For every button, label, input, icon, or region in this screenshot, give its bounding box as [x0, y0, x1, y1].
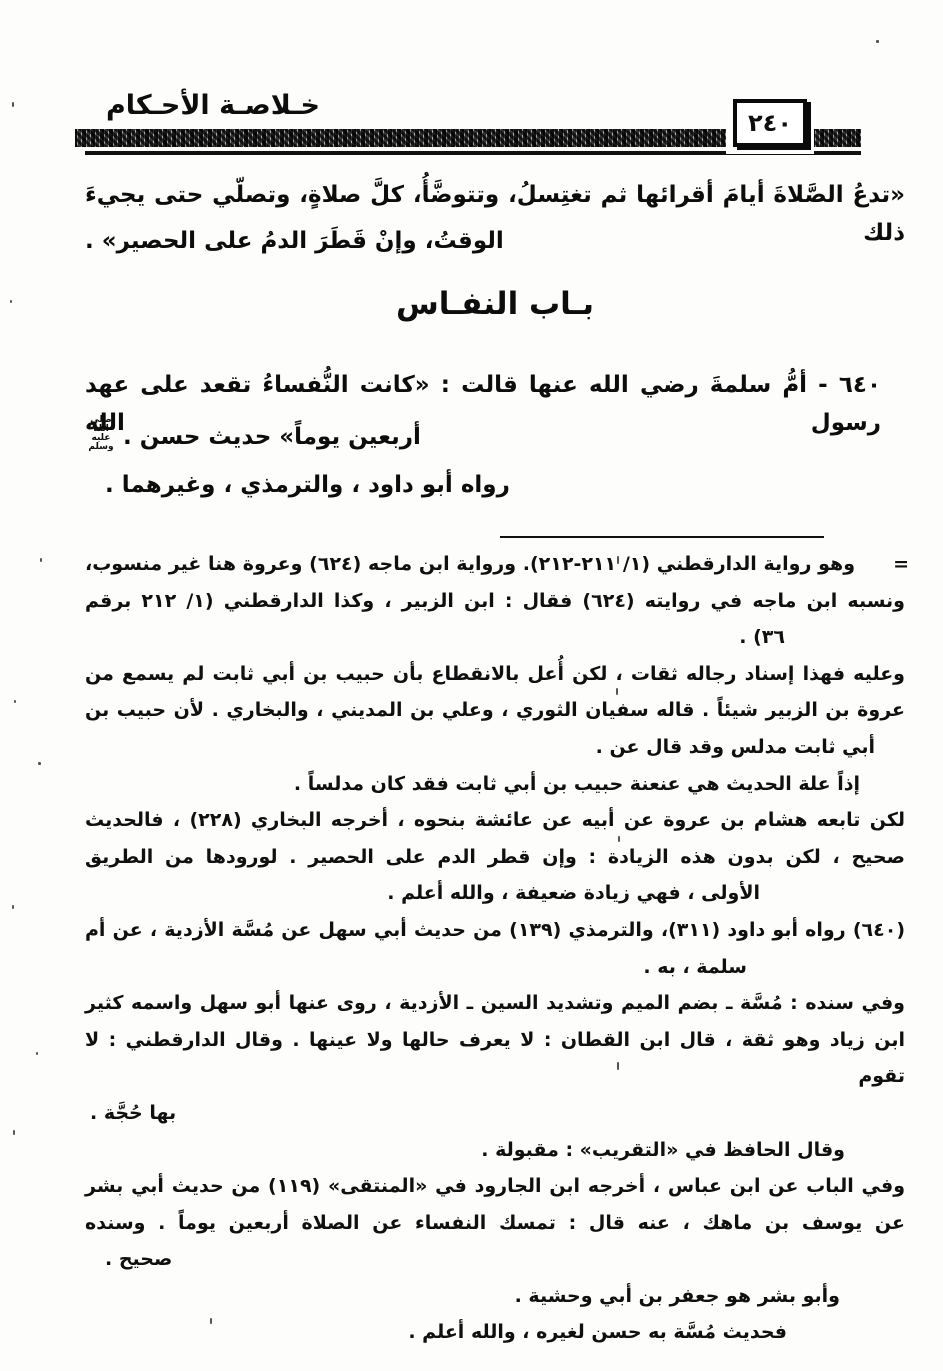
- footnote-line-text: ونسبه ابن ماجه في روايته (٦٢٤) فقال : اب…: [85, 590, 905, 612]
- scan-speckle: [617, 1062, 619, 1070]
- sallallahu-alayhi-wasallam-calligraphy: صلى الله عليه وسلم: [85, 416, 117, 452]
- footnote-line: بها حُجَّة .: [85, 1095, 905, 1132]
- footnote-line: عن يوسف بن ماهك ، عنه قال : تمسك النفساء…: [85, 1205, 905, 1242]
- footnote-line-text: وقال الحافظ في «التقريب» : مقبولة .: [481, 1139, 845, 1161]
- footnote-line: لكن تابعه هشام بن عروة عن أبيه عن عائشة …: [85, 802, 905, 839]
- footnote-line-text: فحديث مُسَّة به حسن لغيره ، والله أعلم .: [408, 1321, 787, 1343]
- footnote-line-text: الأولى ، فهي زيادة ضعيفة ، والله أعلم .: [387, 882, 760, 904]
- footnote-line-text: لكن تابعه هشام بن عروة عن أبيه عن عائشة …: [85, 809, 905, 831]
- footnote-line: (٦٤٠) رواه أبو داود (٣١١)، والترمذي (١٣٩…: [85, 912, 905, 949]
- scan-speckle: [13, 1130, 15, 1135]
- footnote-separator-rule: [500, 536, 824, 538]
- book-title: خـلاصـة الأحـكام: [106, 90, 320, 121]
- footnote-line-text: عن يوسف بن ماهك ، عنه قال : تمسك النفساء…: [85, 1212, 905, 1234]
- footnote-line: وهو رواية الدارقطني (١/ ٢١١-٢١٢). ورواية…: [85, 546, 905, 583]
- book-page-scan: { "header": { "book_title": "خـلاصـة الأ…: [0, 0, 943, 1371]
- footnote-line-text: صحيح .: [105, 1248, 172, 1270]
- chapter-heading: بـاب النفـاس: [85, 286, 905, 322]
- page-number: ٢٤٠: [748, 109, 792, 137]
- footnote-line-text: سلمة ، به .: [643, 956, 747, 978]
- scan-speckle: [36, 1052, 38, 1055]
- footnote-line-text: بها حُجَّة .: [90, 1102, 176, 1124]
- footnote-line-text: عروة بن الزبير شيئاً . قاله سفيان الثوري…: [85, 699, 905, 721]
- footnote-line-text: (٦٤٠) رواه أبو داود (٣١١)، والترمذي (١٣٩…: [85, 919, 905, 941]
- scan-speckle: [617, 556, 619, 564]
- footnote-continuation-mark: =: [893, 546, 909, 583]
- footnote-line-text: ابن زياد وهو ثقة ، قال ابن القطان : لا ي…: [85, 1029, 905, 1088]
- footnote-line: فحديث مُسَّة به حسن لغيره ، والله أعلم .: [85, 1314, 905, 1351]
- scan-speckle: [14, 700, 16, 703]
- footnotes-block: وهو رواية الدارقطني (١/ ٢١١-٢١٢). ورواية…: [85, 546, 905, 1351]
- page-number-box: ٢٤٠: [733, 99, 807, 147]
- footnote-line: وفي الباب عن ابن عباس ، أخرجه ابن الجارو…: [85, 1168, 905, 1205]
- quote-line-2: الوقتُ، وإنْ قَطَرَ الدمُ على الحصير» .: [85, 222, 905, 260]
- scan-speckle: [40, 558, 42, 562]
- footnote-line: وأبو بشر هو جعفر بن أبي وحشية .: [85, 1278, 905, 1315]
- header-rule: [85, 151, 861, 155]
- footnote-line-text: إذاً علة الحديث هي عنعنة حبيب بن أبي ثاب…: [294, 773, 860, 795]
- scan-speckle: [876, 40, 879, 43]
- footnote-line-text: وهو رواية الدارقطني (١/ ٢١١-٢١٢). ورواية…: [85, 553, 855, 575]
- footnote-line: ونسبه ابن ماجه في روايته (٦٢٤) فقال : اب…: [85, 583, 905, 620]
- scan-speckle: [210, 1318, 212, 1324]
- footnote-line: الأولى ، فهي زيادة ضعيفة ، والله أعلم .: [85, 875, 905, 912]
- footnote-line-text: وفي سنده : مُسَّة ـ بضم الميم وتشديد الس…: [85, 992, 905, 1014]
- hadith-line-2-text: أربعين يوماً» حديث حسن .: [123, 424, 421, 450]
- scan-speckle: [10, 300, 12, 303]
- footnote-line-text: أبي ثابت مدلس وقد قال عن .: [596, 736, 875, 758]
- footnote-line: صحيح ، لكن بدون هذه الزيادة : وإن قطر ال…: [85, 839, 905, 876]
- footnote-line-text: وفي الباب عن ابن عباس ، أخرجه ابن الجارو…: [85, 1175, 905, 1197]
- hadith-line-2: صلى الله عليه وسلم أربعين يوماً» حديث حس…: [85, 418, 905, 456]
- footnote-line: عروة بن الزبير شيئاً . قاله سفيان الثوري…: [85, 692, 905, 729]
- scan-speckle: [38, 762, 41, 765]
- footnote-line: صحيح .: [85, 1241, 905, 1278]
- footnote-line: سلمة ، به .: [85, 949, 905, 986]
- footnote-line-text: وأبو بشر هو جعفر بن أبي وحشية .: [515, 1285, 840, 1307]
- scan-speckle: [616, 688, 618, 695]
- scan-speckle: [12, 905, 14, 909]
- hadith-attribution: رواه أبو داود ، والترمذي ، وغيرهما .: [85, 466, 925, 504]
- footnote-line: إذاً علة الحديث هي عنعنة حبيب بن أبي ثاب…: [85, 766, 905, 803]
- footnote-line: أبي ثابت مدلس وقد قال عن .: [85, 729, 905, 766]
- footnote-line: وفي سنده : مُسَّة ـ بضم الميم وتشديد الس…: [85, 985, 905, 1022]
- footnote-line: ٣٦) .: [85, 619, 905, 656]
- footnote-line-text: ٣٦) .: [739, 626, 785, 648]
- footnote-line: ابن زياد وهو ثقة ، قال ابن القطان : لا ي…: [85, 1022, 905, 1095]
- scan-speckle: [12, 102, 14, 107]
- footnote-line: وقال الحافظ في «التقريب» : مقبولة .: [85, 1132, 905, 1169]
- footnote-line-text: وعليه فهذا إسناد رجاله ثقات ، لكن أُعل ب…: [85, 663, 905, 685]
- footnote-line: وعليه فهذا إسناد رجاله ثقات ، لكن أُعل ب…: [85, 656, 905, 693]
- scan-speckle: [618, 836, 620, 842]
- footnote-line-text: صحيح ، لكن بدون هذه الزيادة : وإن قطر ال…: [85, 846, 905, 868]
